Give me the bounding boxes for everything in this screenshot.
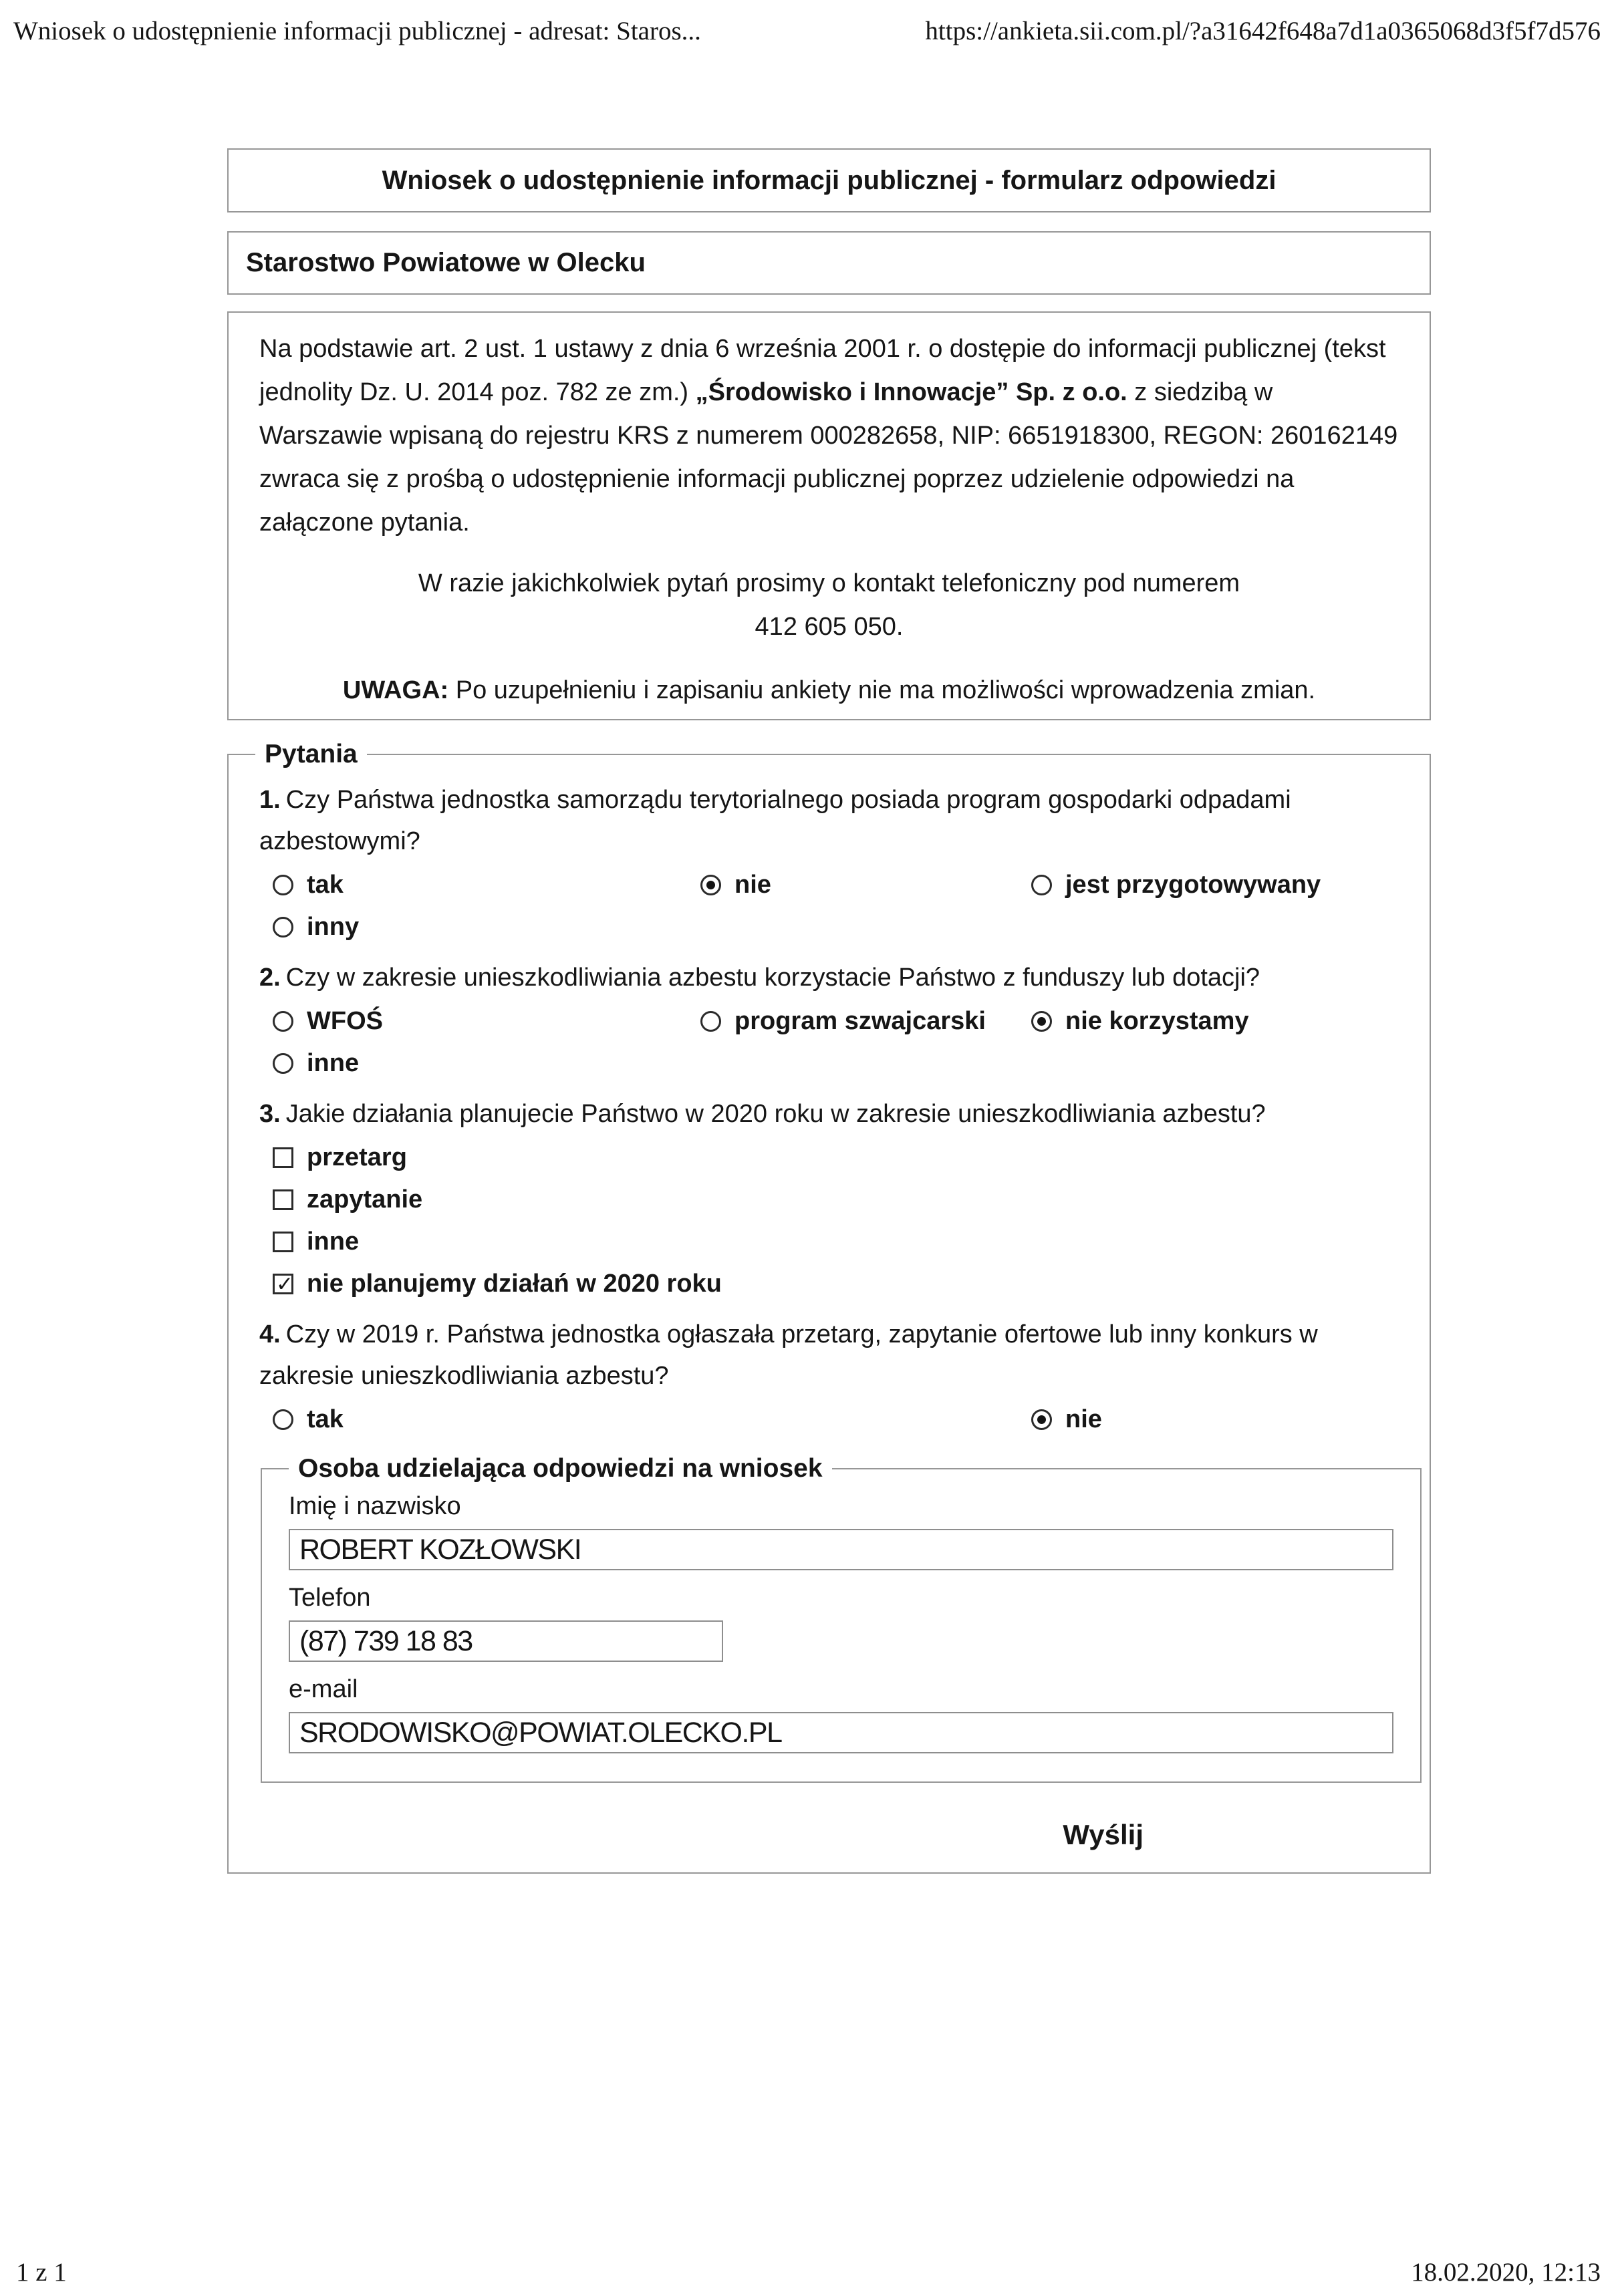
print-header-document-title: Wniosek o udostępnienie informacji publi… xyxy=(13,16,701,46)
question-3-options-row-4: nie planujemy działań w 2020 roku xyxy=(259,1270,1399,1303)
radio-option-wfos[interactable]: WFOŚ xyxy=(273,1007,383,1036)
option-label: zapytanie xyxy=(307,1185,422,1214)
question-1-text: 1.Czy Państwa jednostka samorządu teryto… xyxy=(259,779,1399,862)
radio-icon[interactable] xyxy=(1031,1409,1052,1430)
print-footer-page-number: 1 z 1 xyxy=(16,2257,67,2287)
question-4-label: Czy w 2019 r. Państwa jednostka ogłaszał… xyxy=(259,1320,1318,1390)
radio-option-nie-korzystamy[interactable]: nie korzystamy xyxy=(1031,1007,1249,1036)
question-3-options-row-3: inne xyxy=(259,1228,1399,1261)
contact-note-line1: W razie jakichkolwiek pytań prosimy o ko… xyxy=(418,569,1240,597)
radio-icon[interactable] xyxy=(273,1053,293,1074)
radio-option-program-szwajcarski[interactable]: program szwajcarski xyxy=(700,1007,986,1036)
intro-paragraph: Na podstawie art. 2 ust. 1 ustawy z dnia… xyxy=(259,327,1399,545)
option-label: inny xyxy=(307,913,359,942)
question-3-text: 3.Jakie działania planujecie Państwo w 2… xyxy=(259,1093,1399,1135)
submit-row: Wyślij xyxy=(259,1819,1399,1851)
notice-label: UWAGA: xyxy=(343,676,448,704)
questions-fieldset: Pytania 1.Czy Państwa jednostka samorząd… xyxy=(227,754,1431,1874)
radio-icon[interactable] xyxy=(273,1409,293,1430)
print-footer-timestamp: 18.02.2020, 12:13 xyxy=(1411,2257,1601,2287)
radio-option-tak[interactable]: tak xyxy=(273,1405,344,1434)
radio-option-nie[interactable]: nie xyxy=(700,871,771,899)
question-2-label: Czy w zakresie unieszkodliwiania azbestu… xyxy=(286,964,1260,992)
question-3-options-row-1: przetarg xyxy=(259,1143,1399,1177)
option-label: nie korzystamy xyxy=(1065,1007,1249,1036)
option-label: tak xyxy=(307,1405,344,1434)
radio-option-nie[interactable]: nie xyxy=(1031,1405,1102,1434)
email-input[interactable] xyxy=(289,1712,1393,1753)
question-2-text: 2.Czy w zakresie unieszkodliwiania azbes… xyxy=(259,957,1399,998)
question-1-options-row-1: tak nie jest przygotowywany xyxy=(259,871,1399,904)
option-label: nie planujemy działań w 2020 roku xyxy=(307,1270,722,1298)
contact-note: W razie jakichkolwiek pytań prosimy o ko… xyxy=(259,562,1399,649)
checkbox-option-inne[interactable]: inne xyxy=(273,1228,359,1256)
option-label: jest przygotowywany xyxy=(1065,871,1321,899)
questions-legend: Pytania xyxy=(255,736,367,772)
radio-icon[interactable] xyxy=(1031,1011,1052,1032)
email-label: e-mail xyxy=(289,1675,1393,1704)
question-3-options-row-2: zapytanie xyxy=(259,1185,1399,1219)
checkbox-icon[interactable] xyxy=(273,1232,293,1252)
company-name: „Środowisko i Innowacje” Sp. z o.o. xyxy=(696,378,1127,406)
option-label: nie xyxy=(1065,1405,1102,1434)
submit-button[interactable]: Wyślij xyxy=(1063,1819,1144,1851)
checkbox-icon[interactable] xyxy=(273,1189,293,1210)
question-4-number: 4. xyxy=(259,1320,281,1348)
question-1-label: Czy Państwa jednostka samorządu terytori… xyxy=(259,786,1291,855)
question-2-options-row-1: WFOŚ program szwajcarski nie korzystamy xyxy=(259,1007,1399,1040)
name-input[interactable] xyxy=(289,1529,1393,1570)
question-2-options-row-2: inne xyxy=(259,1049,1399,1083)
radio-option-tak[interactable]: tak xyxy=(273,871,344,899)
checkbox-icon[interactable] xyxy=(273,1274,293,1294)
option-label: program szwajcarski xyxy=(734,1007,986,1036)
question-4-text: 4.Czy w 2019 r. Państwa jednostka ogłasz… xyxy=(259,1314,1399,1397)
checkbox-icon[interactable] xyxy=(273,1147,293,1168)
question-3-number: 3. xyxy=(259,1100,281,1128)
radio-icon[interactable] xyxy=(273,1011,293,1032)
question-3-label: Jakie działania planujecie Państwo w 202… xyxy=(286,1100,1266,1128)
radio-icon[interactable] xyxy=(273,917,293,938)
printed-page: Wniosek o udostępnienie informacji publi… xyxy=(0,0,1610,2296)
radio-option-inne[interactable]: inne xyxy=(273,1049,359,1078)
question-4-options-row: tak nie xyxy=(259,1405,1399,1439)
recipient-box: Starostwo Powiatowe w Olecku xyxy=(227,231,1431,295)
form-title-box: Wniosek o udostępnienie informacji publi… xyxy=(227,148,1431,212)
radio-icon[interactable] xyxy=(700,875,721,895)
person-fieldset: Osoba udzielająca odpowiedzi na wniosek … xyxy=(261,1468,1422,1783)
phone-label: Telefon xyxy=(289,1584,1393,1612)
question-2-number: 2. xyxy=(259,964,281,992)
form-title: Wniosek o udostępnienie informacji publi… xyxy=(382,166,1277,196)
radio-icon[interactable] xyxy=(273,875,293,895)
print-header-url: https://ankieta.sii.com.pl/?a31642f648a7… xyxy=(925,16,1601,46)
checkbox-option-nie-planujemy[interactable]: nie planujemy działań w 2020 roku xyxy=(273,1270,722,1298)
intro-box: Na podstawie art. 2 ust. 1 ustawy z dnia… xyxy=(227,311,1431,720)
radio-option-jest-przygotowywany[interactable]: jest przygotowywany xyxy=(1031,871,1321,899)
option-label: inne xyxy=(307,1049,359,1078)
checkbox-option-przetarg[interactable]: przetarg xyxy=(273,1143,407,1172)
option-label: WFOŚ xyxy=(307,1007,383,1036)
radio-icon[interactable] xyxy=(700,1011,721,1032)
name-label: Imię i nazwisko xyxy=(289,1492,1393,1521)
radio-icon[interactable] xyxy=(1031,875,1052,895)
question-1-number: 1. xyxy=(259,786,281,814)
option-label: tak xyxy=(307,871,344,899)
option-label: przetarg xyxy=(307,1143,407,1172)
person-legend: Osoba udzielająca odpowiedzi na wniosek xyxy=(289,1451,832,1487)
notice-line: UWAGA: Po uzupełnieniu i zapisaniu ankie… xyxy=(259,669,1399,712)
phone-input[interactable] xyxy=(289,1620,723,1662)
notice-text: Po uzupełnieniu i zapisaniu ankiety nie … xyxy=(456,676,1315,704)
contact-phone-number: 412 605 050. xyxy=(755,613,904,641)
radio-option-inny[interactable]: inny xyxy=(273,913,359,942)
question-1-options-row-2: inny xyxy=(259,913,1399,946)
recipient-name: Starostwo Powiatowe w Olecku xyxy=(246,248,646,278)
option-label: inne xyxy=(307,1228,359,1256)
option-label: nie xyxy=(734,871,771,899)
checkbox-option-zapytanie[interactable]: zapytanie xyxy=(273,1185,422,1214)
